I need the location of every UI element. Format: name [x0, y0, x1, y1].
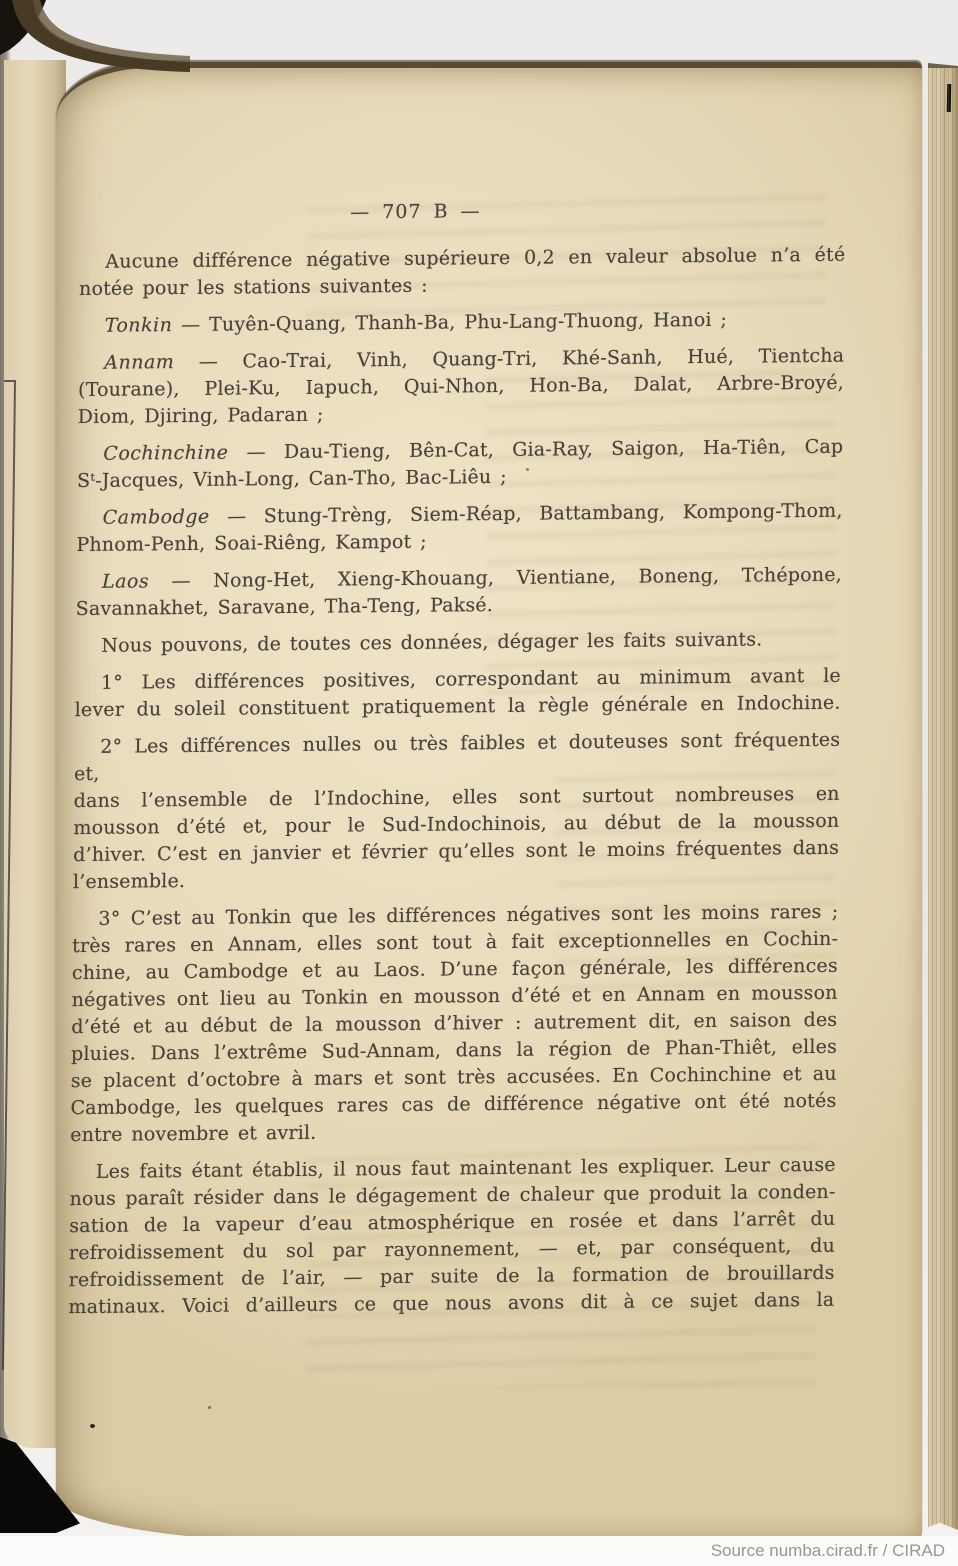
station-list: — Cao-Trai, Vinh, Quang-Tri, Khé-Sanh, H… — [174, 345, 844, 373]
paragraph-laos: Laos — Nong-Het, Xieng-Khouang, Vientian… — [76, 562, 843, 623]
paragraph-annam: Annam — Cao-Trai, Vinh, Quang-Tri, Khé-S… — [78, 343, 845, 431]
paragraph-point-2: 2° Les différences nulles ou très faible… — [73, 727, 841, 896]
region-name: Tonkin — [105, 314, 173, 337]
paragraph-cochinchine: Cochinchine — Dau-Tieng, Bên-Cat, Gia-Ra… — [77, 434, 844, 495]
station-list: — Nong-Het, Xieng-Khouang, Vientiane, Bo… — [149, 564, 842, 593]
region-name: Laos — [102, 570, 149, 592]
text-line: Tonkin — Tuyên-Quang, Thanh-Ba, Phu-Lang… — [79, 306, 845, 340]
paragraph-point-3: 3° C’est au Tonkin que les différences n… — [70, 899, 839, 1149]
station-list: — Dau-Tieng, Bên-Cat, Gia-Ray, Saigon, H… — [228, 436, 843, 464]
page-text: — 707 B — Aucune différence négative sup… — [68, 195, 846, 1332]
paragraph-cambodge: Cambodge — Stung-Trèng, Siem-Réap, Batta… — [76, 498, 843, 559]
station-list: — Tuyên-Quang, Thanh-Ba, Phu-Lang-Thuong… — [172, 309, 727, 336]
paragraph-tonkin: Tonkin — Tuyên-Quang, Thanh-Ba, Phu-Lang… — [79, 306, 845, 340]
ink-mark — [947, 84, 951, 112]
book-scan: — 707 B — Aucune différence négative sup… — [0, 0, 958, 1566]
source-bar: Source numba.cirad.fr / CIRAD — [0, 1536, 958, 1566]
paragraph-transition: Nous pouvons, de toutes ces données, dég… — [75, 626, 841, 660]
region-name: Cochinchine — [103, 442, 228, 465]
source-attribution: Source numba.cirad.fr / CIRAD — [711, 1541, 945, 1561]
text-line: Nous pouvons, de toutes ces données, dég… — [75, 626, 841, 660]
page-curl-top-left — [0, 0, 190, 150]
region-name: Cambodge — [103, 506, 210, 529]
page-edges-stack — [928, 63, 958, 1533]
ink-speck — [208, 1406, 211, 1409]
paragraph-explanation: Les faits étant établis, il nous faut ma… — [68, 1152, 836, 1321]
page-number: — 707 B — — [80, 195, 846, 229]
facing-page-frame-line — [2, 382, 16, 1370]
paragraph-point-1: 1° Les différences positives, correspond… — [75, 663, 842, 724]
station-list: — Stung-Trèng, Siem-Réap, Battambang, Ko… — [210, 500, 843, 528]
text-line: 2° Les différences nulles ou très faible… — [74, 727, 841, 788]
scanned-page: — 707 B — Aucune différence négative sup… — [56, 62, 922, 1542]
paragraph-intro: Aucune différence négative supérieure 0,… — [79, 242, 846, 303]
region-name: Annam — [104, 351, 174, 374]
ink-speck — [90, 1424, 95, 1428]
